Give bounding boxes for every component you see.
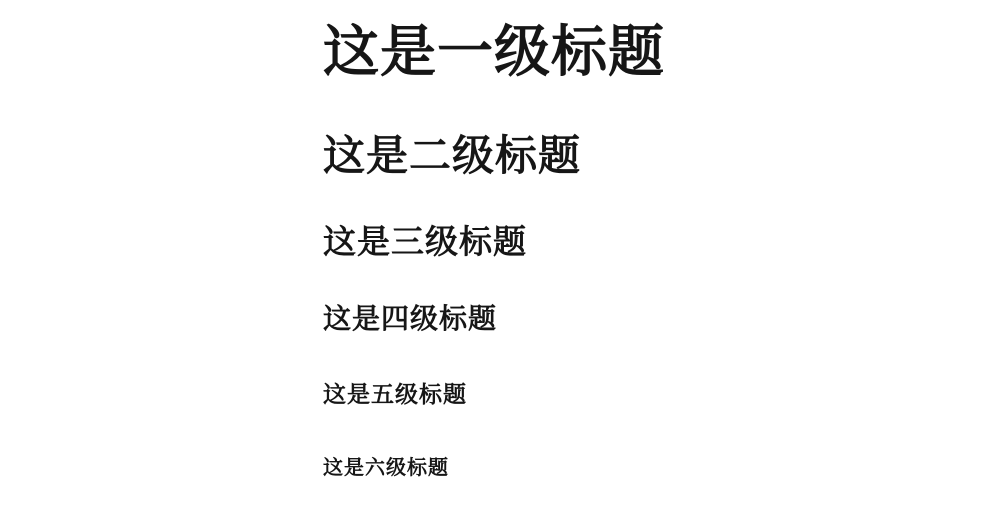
- heading-level-1: 这是一级标题: [323, 18, 995, 85]
- heading-level-6: 这是六级标题: [323, 456, 995, 480]
- heading-level-5: 这是五级标题: [323, 381, 995, 409]
- heading-level-2: 这是二级标题: [323, 131, 995, 181]
- document-body: 这是一级标题 这是二级标题 这是三级标题 这是四级标题 这是五级标题 这是六级标…: [0, 0, 995, 515]
- heading-level-4: 这是四级标题: [323, 302, 995, 336]
- heading-level-3: 这是三级标题: [323, 222, 995, 262]
